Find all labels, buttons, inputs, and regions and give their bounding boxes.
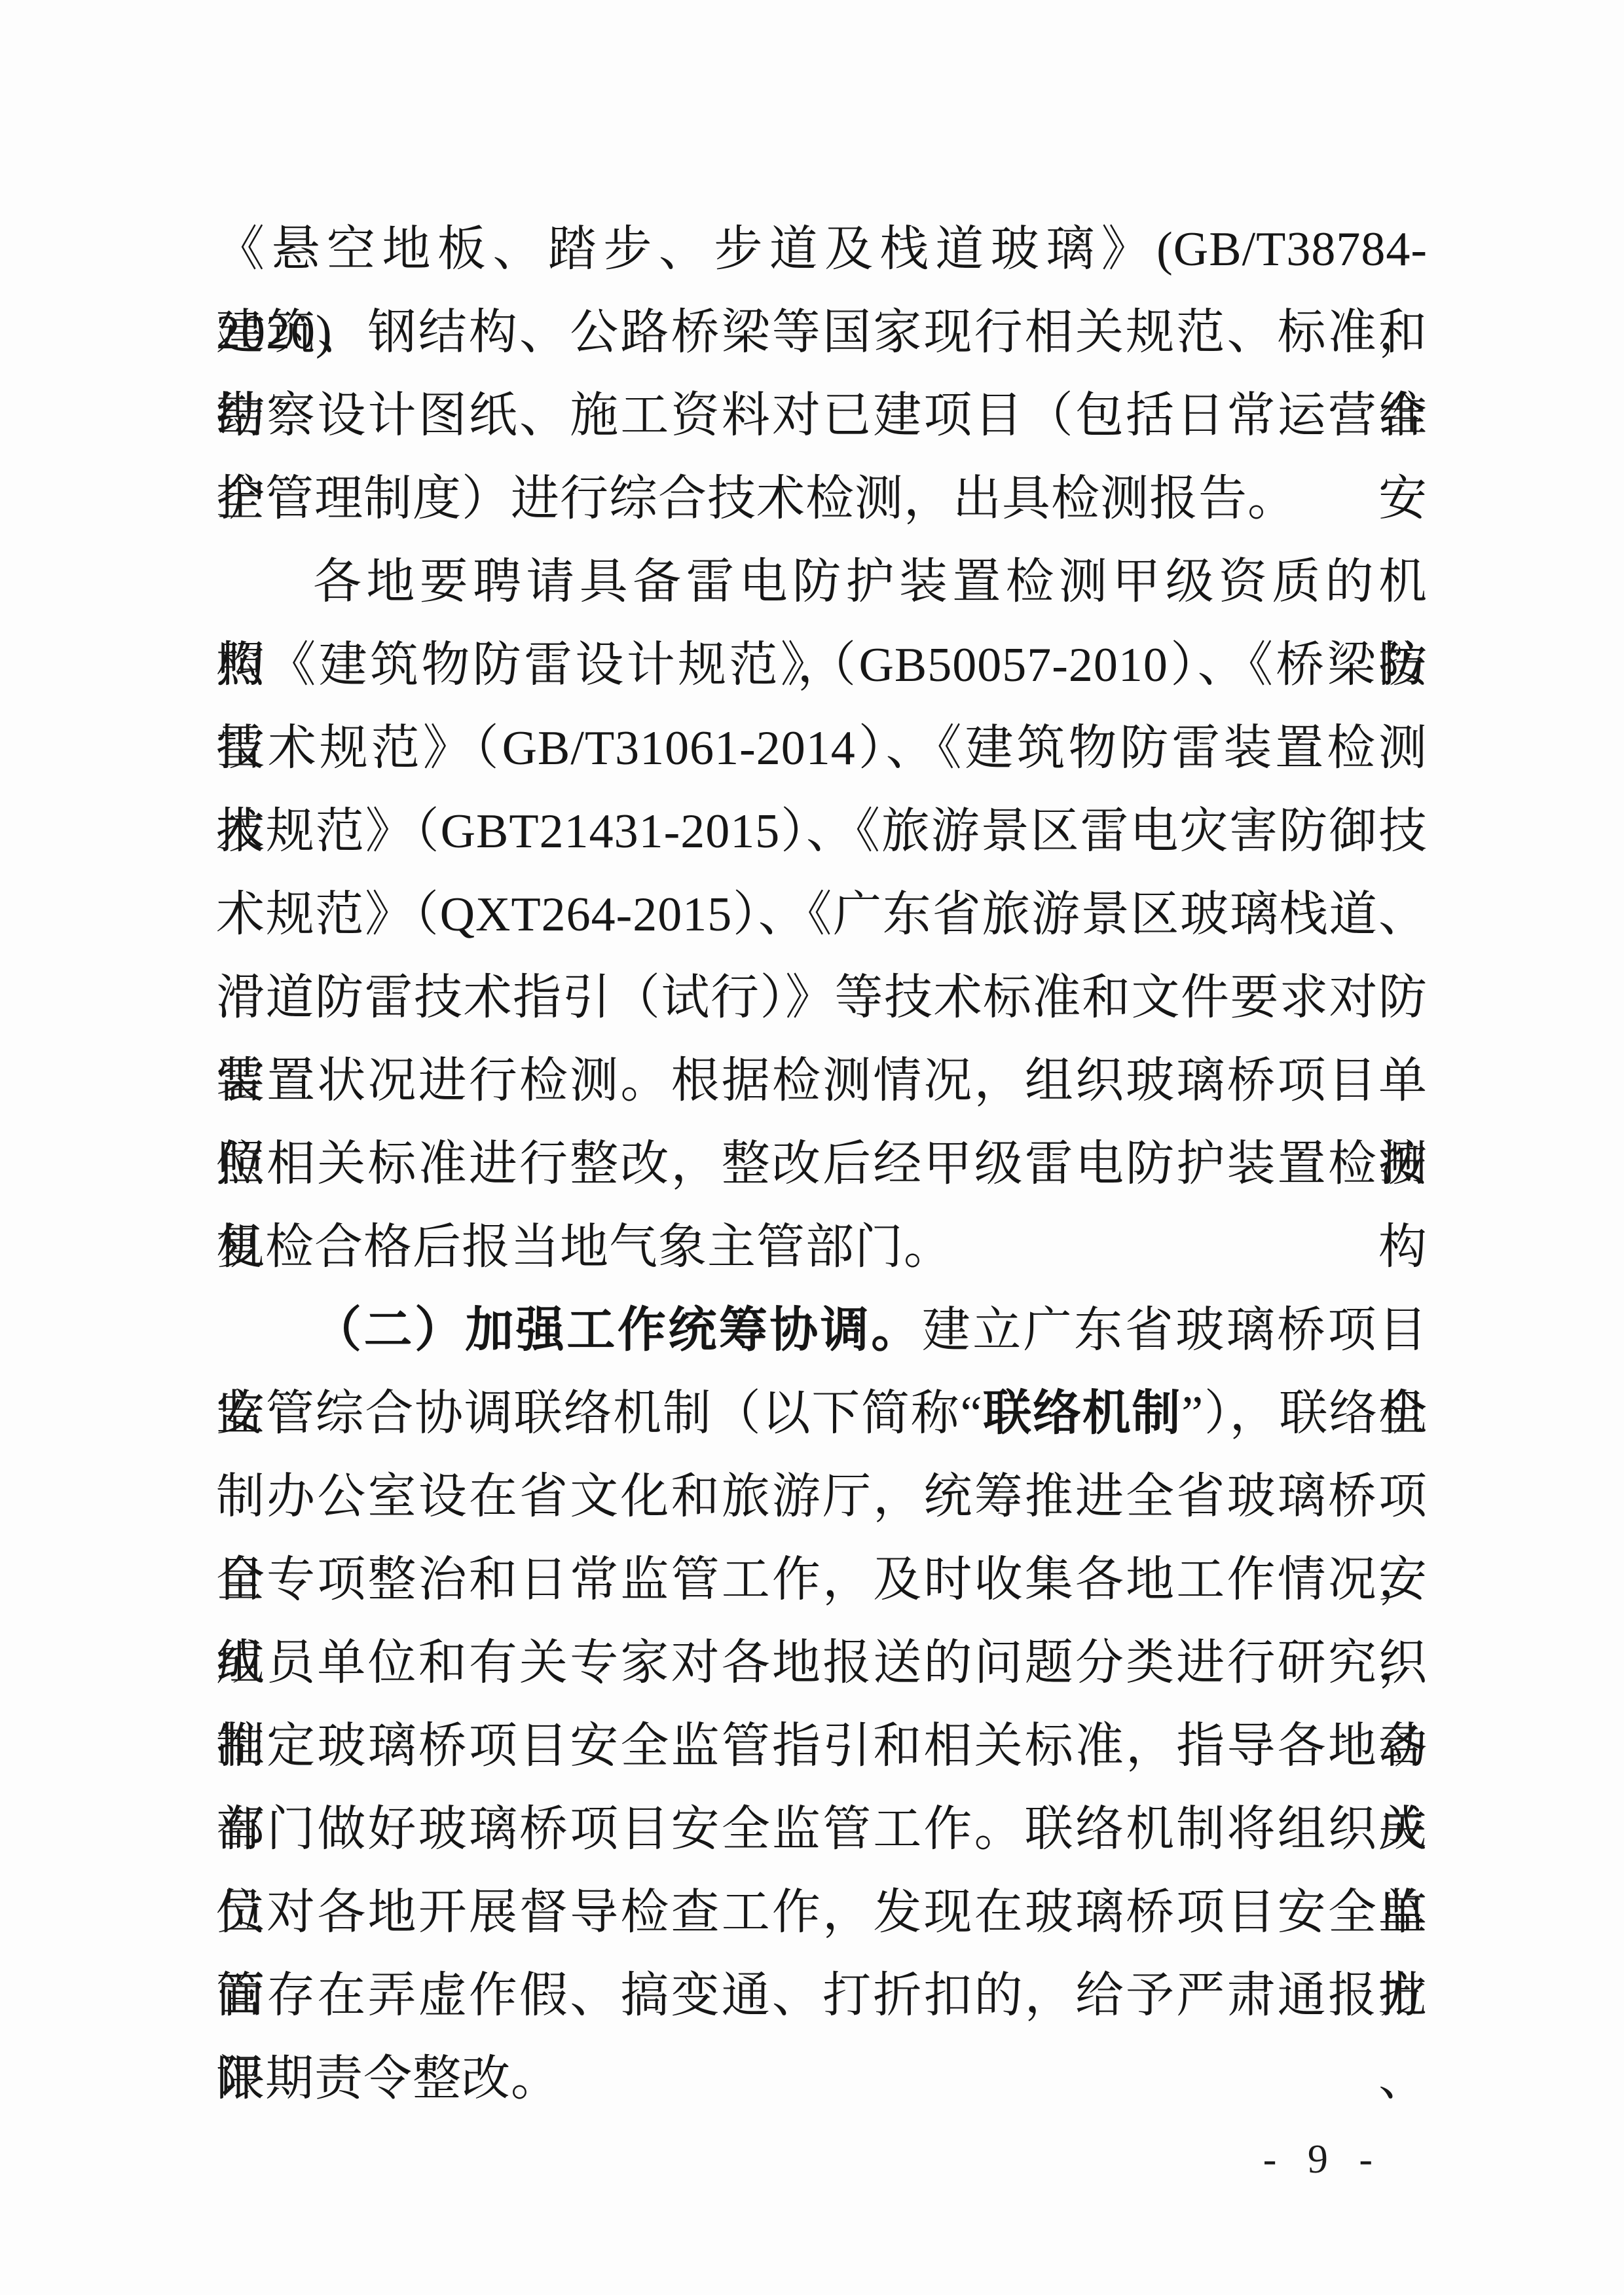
text-segment: 复检合格后报当地气象主管部门。 xyxy=(216,1221,953,1274)
text-line: 建筑、钢结构、公路桥梁等国家现行相关规范、标准，结合 xyxy=(216,291,1428,375)
text-line: 监管综合协调联络机制（以下简称“联络机制”），联络机 xyxy=(216,1372,1428,1456)
text-line: 全管理制度）进行综合技术检测，出具检测报告。 xyxy=(216,458,1428,541)
text-line: 术规范》（QXT264-2015）、《广东省旅游景区玻璃栈道、 xyxy=(216,873,1428,957)
text-segment: 术规范》（QXT264-2015）、《广东省旅游景区玻璃栈道、 xyxy=(216,888,1428,942)
text-segment: 限期责令整改。 xyxy=(216,2052,560,2106)
text-line: 各地要聘请具备雷电防护装置检测甲级资质的机构，按 xyxy=(216,541,1428,624)
text-line: 部门做好玻璃桥项目安全监管工作。联络机制将组织成员单 xyxy=(216,1788,1428,1871)
text-line: 位对各地开展督导检查工作，发现在玻璃桥项目安全监管方 xyxy=(216,1871,1428,1955)
text-segment: 术规范》（GBT21431-2015）、《旅游景区雷电灾害防御技 xyxy=(216,805,1428,858)
bold-text-segment: 联络机制 xyxy=(982,1387,1181,1441)
text-line: 技术规范》（GB/T31061-2014）、《建筑物防雷装置检测技 xyxy=(216,707,1428,790)
text-line: 照相关标准进行整改，整改后经甲级雷电防护装置检测机构 xyxy=(216,1123,1428,1206)
text-line: 面存在弄虚作假、搞变通、打折扣的，给予严肃通报批评、 xyxy=(216,1955,1428,2038)
document-body: 《悬空地板、踏步、步道及栈道玻璃》(GB/T38784-2020)和建筑、钢结构… xyxy=(216,208,1428,2121)
text-segment: 监管综合协调联络机制（以下简称“ xyxy=(216,1387,982,1441)
text-segment: 全管理制度）进行综合技术检测，出具检测报告。 xyxy=(216,472,1297,526)
text-line: 制办公室设在省文化和旅游厅，统筹推进全省玻璃桥项目安 xyxy=(216,1456,1428,1539)
page-number: - 9 - xyxy=(1263,2133,1383,2186)
text-segment: ”），联络机 xyxy=(1181,1387,1428,1441)
text-line: 装置状况进行检测。根据检测情况，组织玻璃桥项目单位按 xyxy=(216,1040,1428,1123)
document-page: 《悬空地板、踏步、步道及栈道玻璃》(GB/T38784-2020)和建筑、钢结构… xyxy=(0,0,1624,2295)
text-line: 术规范》（GBT21431-2015）、《旅游景区雷电灾害防御技 xyxy=(216,790,1428,873)
text-line: 成员单位和有关专家对各地报送的问题分类进行研究，推动 xyxy=(216,1622,1428,1705)
text-line: （二）加强工作统筹协调。建立广东省玻璃桥项目安全 xyxy=(216,1289,1428,1372)
paragraph: 各地要聘请具备雷电防护装置检测甲级资质的机构，按照《建筑物防雷设计规范》（GB5… xyxy=(216,541,1428,1289)
bold-text-segment: （二）加强工作统筹协调。 xyxy=(313,1304,922,1357)
text-line: 照《建筑物防雷设计规范》（GB50057-2010）、《桥梁防雷 xyxy=(216,624,1428,707)
text-line: 全专项整治和日常监管工作，及时收集各地工作情况，组织 xyxy=(216,1539,1428,1622)
text-line: 勘察设计图纸、施工资料对已建项目（包括日常运营维护安 xyxy=(216,375,1428,458)
paragraph: （二）加强工作统筹协调。建立广东省玻璃桥项目安全监管综合协调联络机制（以下简称“… xyxy=(216,1289,1428,2121)
text-line: 滑道防雷技术指引（试行）》等技术标准和文件要求对防雷 xyxy=(216,957,1428,1040)
paragraph: 《悬空地板、踏步、步道及栈道玻璃》(GB/T38784-2020)和建筑、钢结构… xyxy=(216,208,1428,541)
text-line: 制定玻璃桥项目安全监管指引和相关标准，指导各地各有关 xyxy=(216,1705,1428,1788)
text-line: 《悬空地板、踏步、步道及栈道玻璃》(GB/T38784-2020)和 xyxy=(216,208,1428,291)
